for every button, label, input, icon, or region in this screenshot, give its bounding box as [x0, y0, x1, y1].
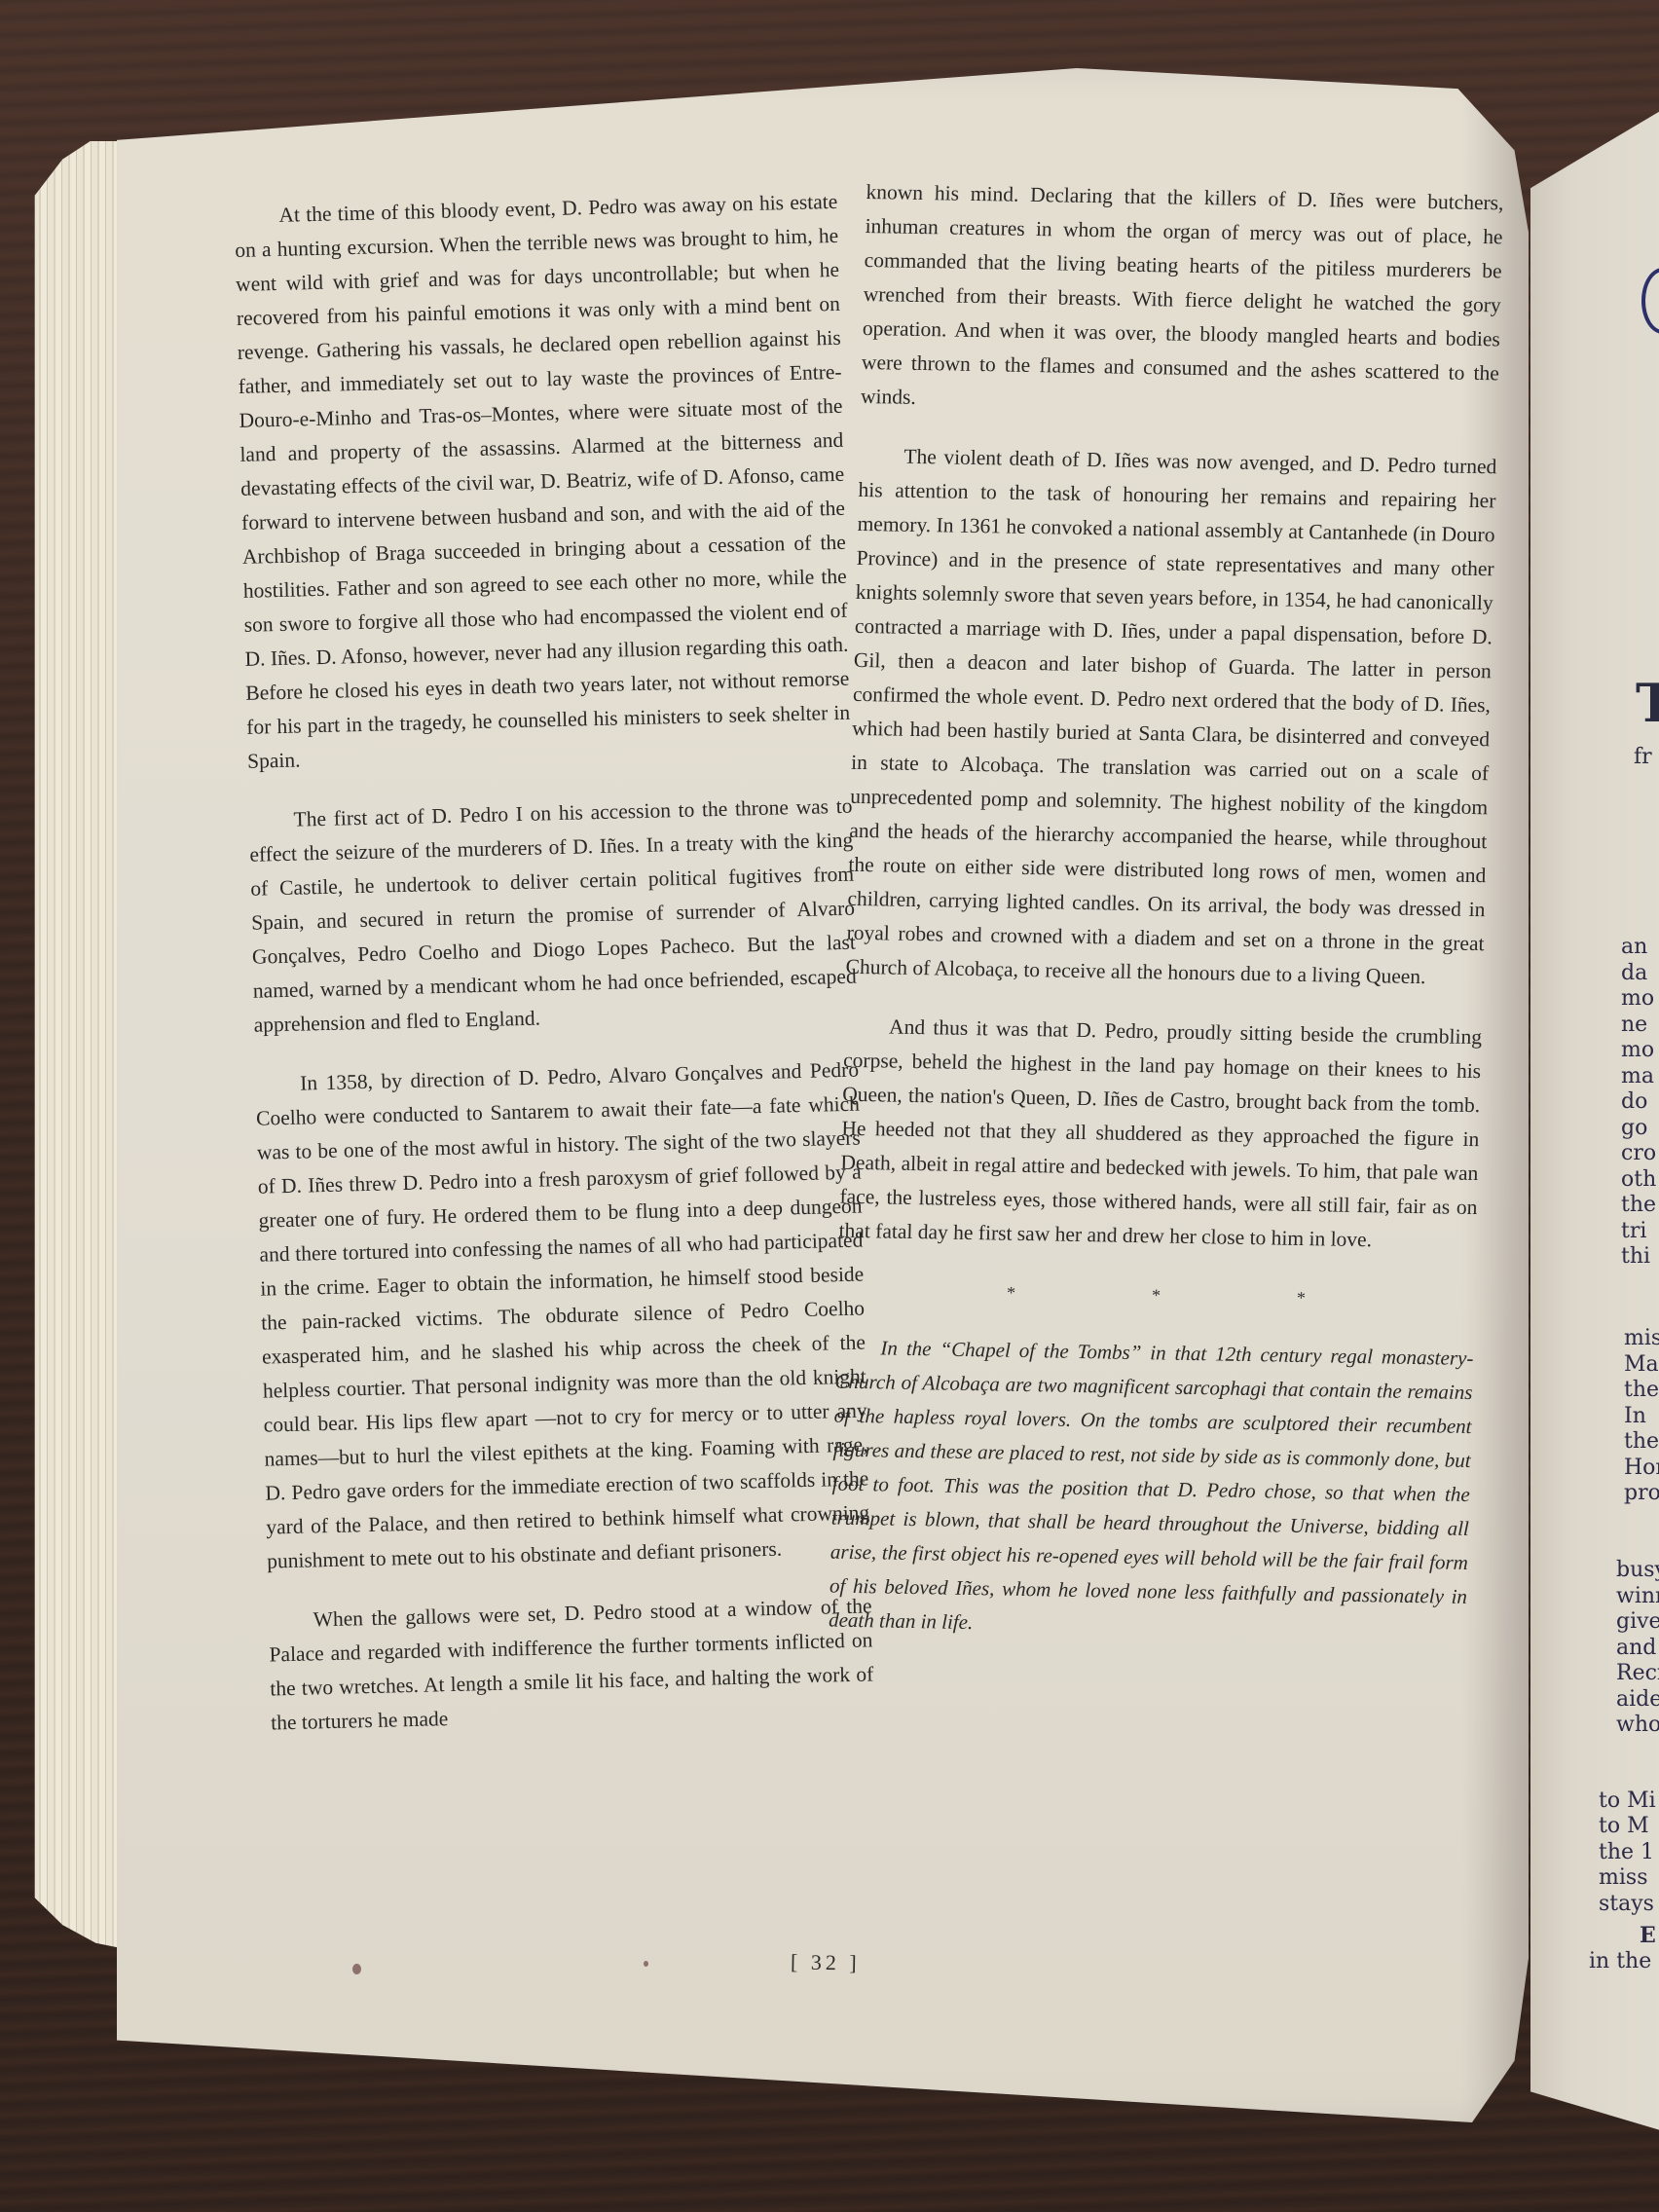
line-fragment: mo	[1621, 1038, 1659, 1064]
line-fragment: who	[1616, 1713, 1659, 1739]
line-fragment: ma	[1621, 1064, 1659, 1090]
line-fragment: Ma	[1624, 1352, 1659, 1379]
line-fragment: the	[1624, 1378, 1659, 1404]
line-fragment: thi	[1621, 1244, 1659, 1271]
facing-page-text-block: E in the	[1589, 1923, 1659, 1974]
facing-page-text-block: busy winn give and Recr aidec who	[1616, 1558, 1659, 1739]
line-fragment: In	[1624, 1404, 1659, 1430]
line-fragment	[1599, 1762, 1659, 1788]
facing-page-text-block: an da mo ne mo ma do go cro oth the tri …	[1621, 935, 1659, 1271]
page-number: [ 32 ]	[791, 1949, 861, 1975]
line-fragment: Hor	[1624, 1456, 1659, 1482]
line-fragment: mo	[1621, 986, 1659, 1013]
line-fragment: to M	[1599, 1814, 1659, 1840]
line-fragment: busy	[1616, 1558, 1659, 1584]
line-fragment: the	[1624, 1429, 1659, 1456]
section-separator: * * *	[837, 1273, 1476, 1318]
asterisk-icon: *	[1007, 1276, 1016, 1310]
left-text-column: At the time of this bloody event, D. Ped…	[234, 185, 875, 1766]
line-fragment: in the	[1589, 1949, 1659, 1975]
italic-paragraph: In the “Chapel of the Tombs” in that 12t…	[829, 1331, 1474, 1648]
line-fragment: winn	[1616, 1584, 1659, 1610]
line-fragment: mis	[1624, 1326, 1659, 1352]
paper-stain	[644, 1961, 648, 1967]
line-fragment: the 1	[1599, 1840, 1659, 1866]
facing-page-text-block: to Mi to M the 1 miss stays	[1599, 1762, 1659, 1917]
line-fragment: stays	[1599, 1892, 1659, 1918]
line-fragment: an	[1621, 935, 1659, 961]
paragraph-continuation: known his mind. Declaring that the kille…	[861, 175, 1504, 424]
line-fragment: do	[1621, 1089, 1659, 1116]
paragraph: And thus it was that D. Pedro, proudly s…	[838, 1010, 1482, 1259]
paragraph: The first act of D. Pedro I on his acces…	[248, 790, 858, 1043]
right-text-column: known his mind. Declaring that the kille…	[828, 175, 1504, 1674]
asterisk-icon: *	[1296, 1281, 1306, 1315]
paragraph: When the gallows were set, D. Pedro stoo…	[268, 1589, 874, 1740]
paragraph: At the time of this bloody event, D. Ped…	[234, 185, 851, 779]
line-fragment: aidec	[1616, 1687, 1659, 1714]
paragraph: In 1358, by direction of D. Pedro, Alvar…	[255, 1053, 871, 1579]
facing-page-subtitle-fragment: fr	[1634, 745, 1652, 769]
asterisk-icon: *	[1152, 1278, 1161, 1312]
line-fragment: miss	[1599, 1865, 1659, 1892]
facing-page-text-block: mis Ma the In the Hor pro	[1624, 1326, 1659, 1507]
line-fragment: the	[1621, 1193, 1659, 1219]
line-fragment: cro	[1621, 1141, 1659, 1167]
line-fragment: go	[1621, 1116, 1659, 1142]
paper-stain	[352, 1964, 361, 1974]
line-fragment: E	[1589, 1923, 1659, 1949]
line-fragment: Recr	[1616, 1661, 1659, 1687]
facing-page-title-fragment: T	[1636, 672, 1659, 734]
line-fragment: oth	[1621, 1167, 1659, 1194]
line-fragment: pro	[1624, 1481, 1659, 1507]
line-fragment: da	[1621, 961, 1659, 987]
paragraph: The violent death of D. Iñes was now ave…	[845, 439, 1497, 995]
line-fragment: give	[1616, 1609, 1659, 1636]
line-fragment: ne	[1621, 1013, 1659, 1039]
line-fragment: and	[1616, 1636, 1659, 1662]
line-fragment: tri	[1621, 1219, 1659, 1245]
line-fragment: to Mi	[1599, 1788, 1659, 1815]
